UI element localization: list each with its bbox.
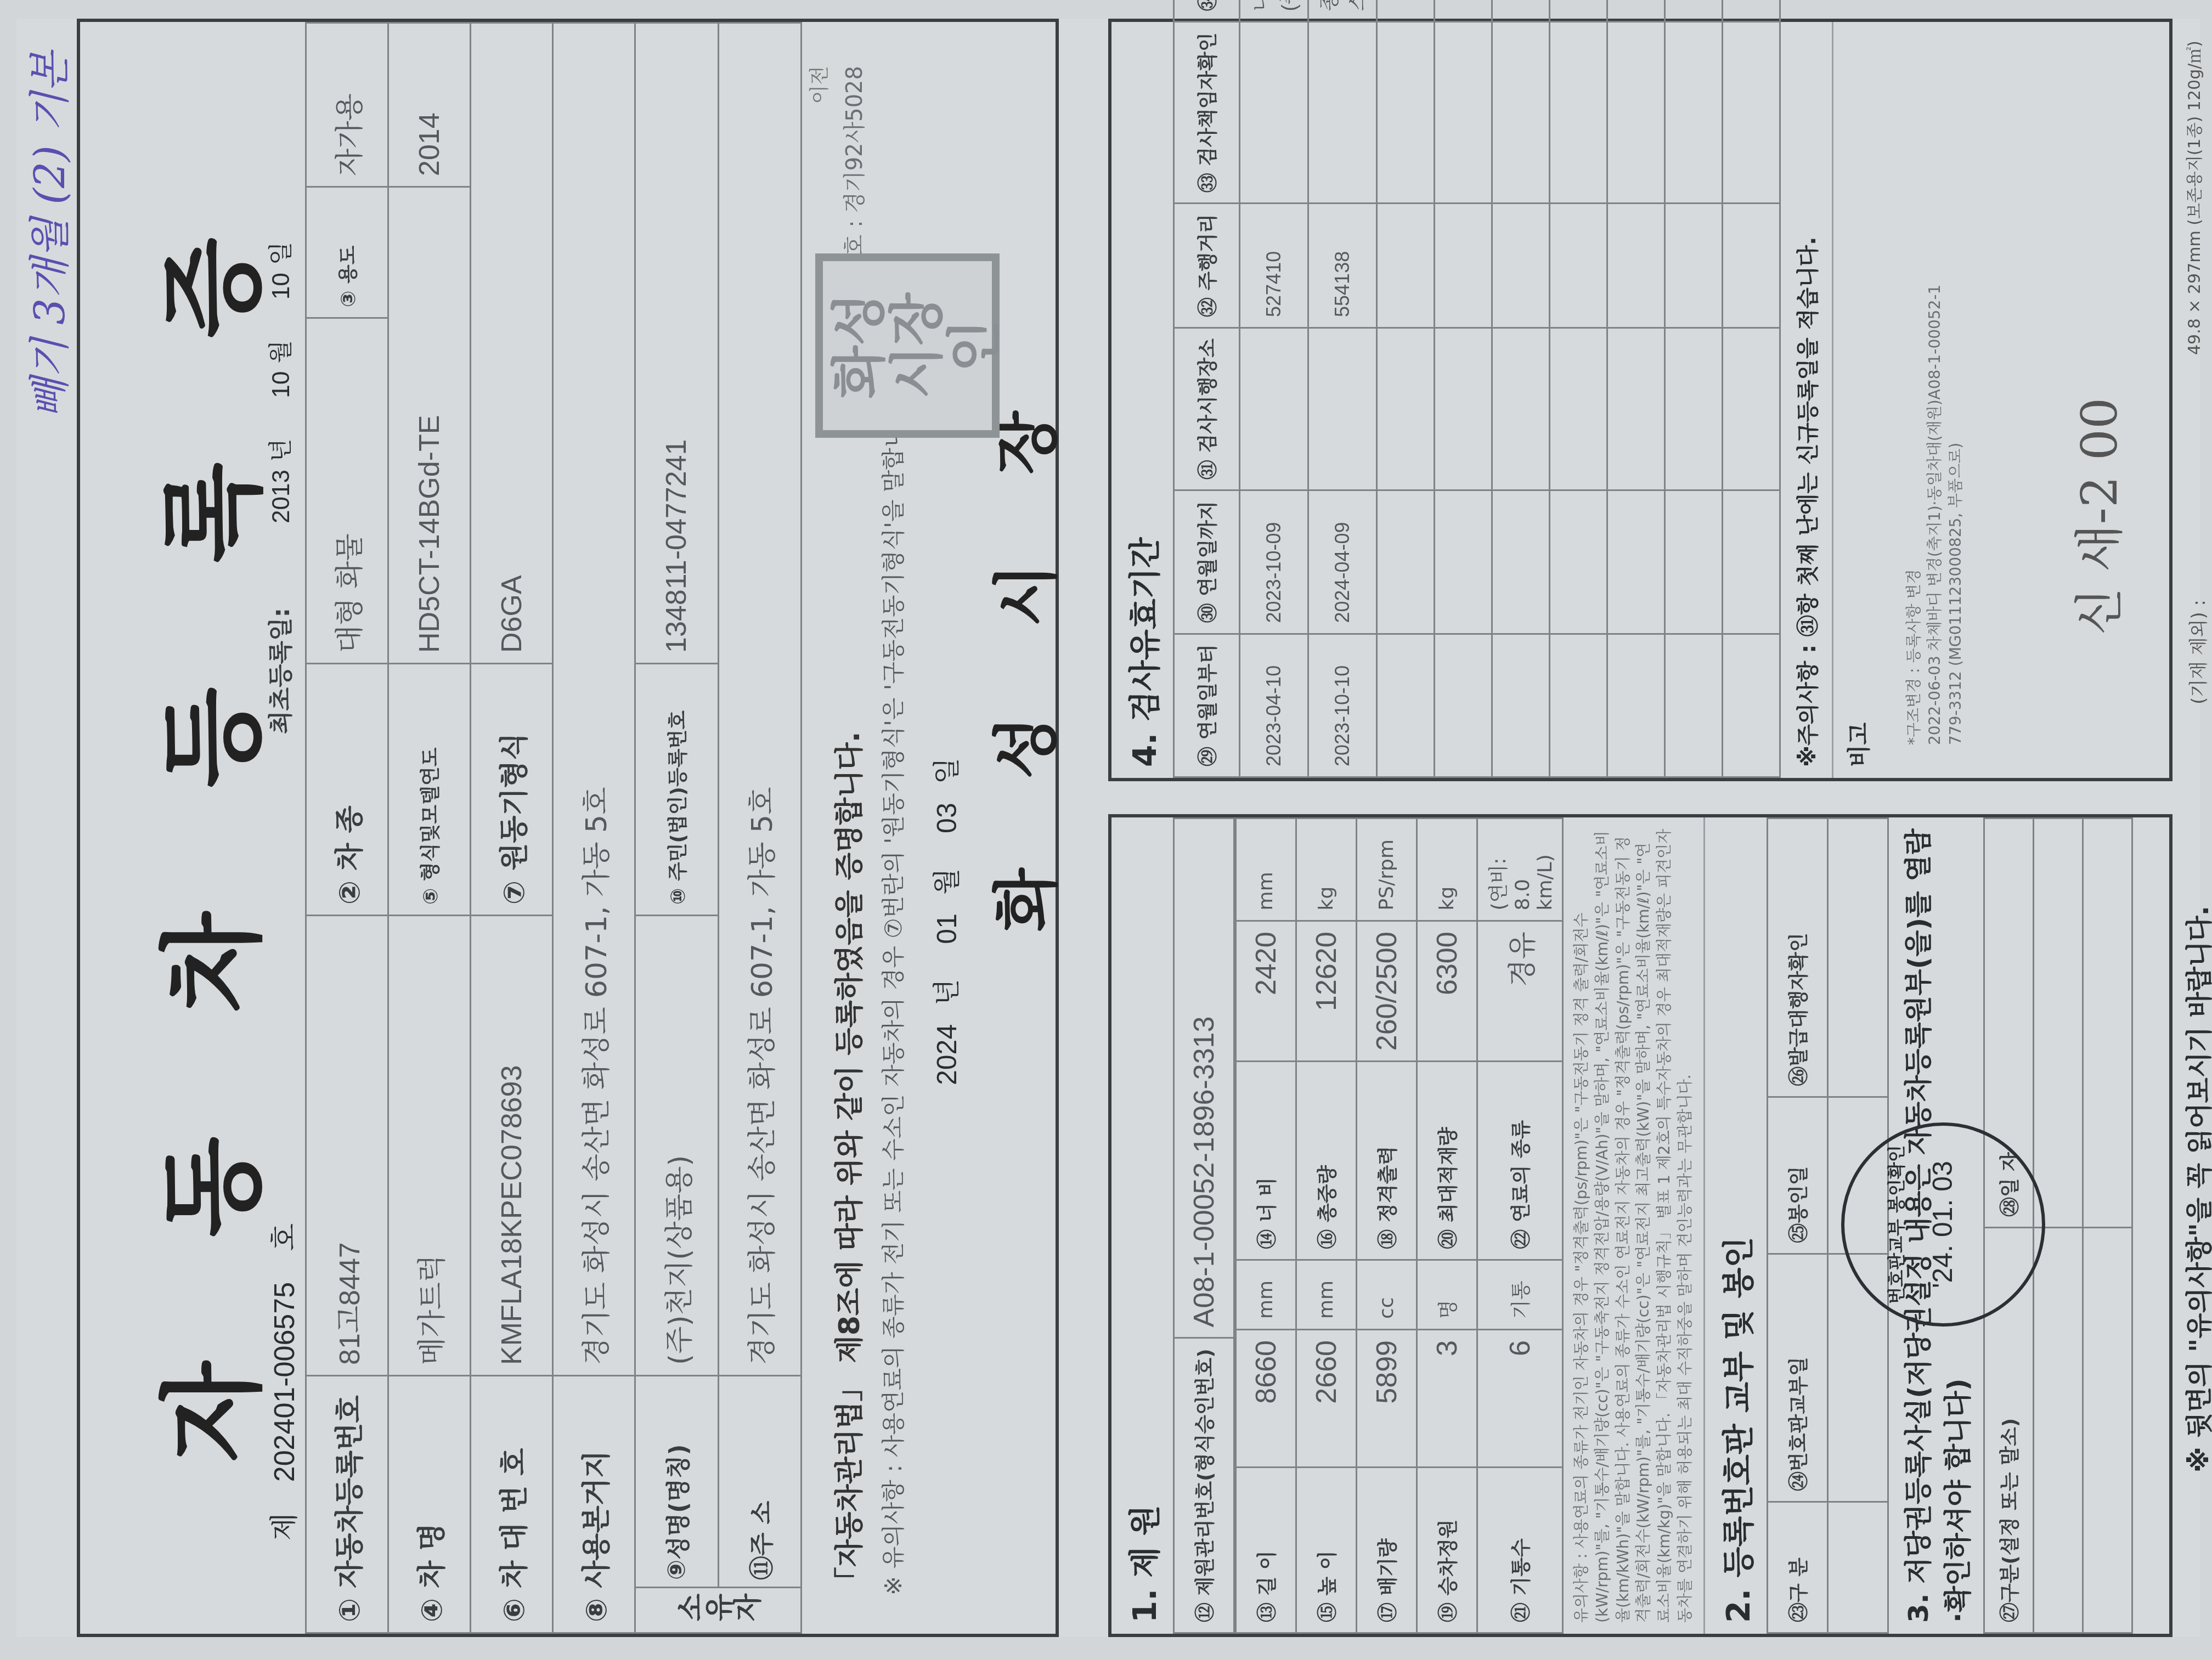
table-row: ⑰ 배기량5899cc⑱ 정격출력260/2500PS/rpm xyxy=(1357,819,1417,1633)
table-row xyxy=(1550,0,1607,777)
inspection-cell-from xyxy=(1607,634,1665,777)
registration-table: ① 자동차등록번호 81고8447 ② 차 종 대형 화물 ③ 용도 자가용 ④… xyxy=(305,22,802,1634)
inspection-cell-place xyxy=(1240,328,1308,490)
inspection-cell-place xyxy=(1308,328,1377,490)
label-vehicle-type: ② 차 종 xyxy=(306,664,388,916)
plate-seal-stamp: 번호판교부 봉인확인 '24. 01. 03 xyxy=(1841,1122,2045,1327)
specs-caution: 유의사항 : 사용연료의 종류가 전기인 자동차의 경우 "정격출력(ps/rp… xyxy=(1564,817,1703,1634)
spec-value: 5899 xyxy=(1357,1330,1417,1468)
inspection-cell-place xyxy=(1435,328,1492,490)
inspection-cell-to xyxy=(1723,490,1780,634)
inspection-cell-from xyxy=(1665,634,1723,777)
label-model-year: ⑤ 형식및모델연도 xyxy=(388,664,471,916)
cert-no-value: 202401-006575 xyxy=(269,1282,301,1482)
table-row: ⑧ 사용본거지 경기도 화성시 송산면 화성로 607-1, 가동 5호 xyxy=(553,23,635,1633)
inspection-cell-confirm xyxy=(1240,22,1308,204)
day-unit: 일 xyxy=(932,758,962,784)
inspection-cell-type xyxy=(1723,0,1780,22)
inspection-cell-to xyxy=(1550,490,1607,634)
inspection-cell-type: 종합(배출가스정밀) xyxy=(1308,0,1377,22)
inspection-cell-confirm xyxy=(1723,22,1780,204)
owner-address: 경기도 화성시 송산면 화성로 607-1, 가동 5호 xyxy=(718,23,802,1376)
issue-date: 2024 년 01 월 03 일 xyxy=(925,758,964,1085)
inspection-heading: 4. 검사유효기간 xyxy=(1111,22,1173,778)
inspection-cell-type xyxy=(1492,0,1550,22)
inspection-cell-type xyxy=(1665,0,1723,22)
specs-heading: 1. 제 원 xyxy=(1111,817,1173,1634)
table-row: ⑬ 길 이8660mm⑭ 너 비2420mm xyxy=(1236,819,1296,1633)
table-row xyxy=(1435,0,1492,777)
col-seal-date: ㉕봉인일 xyxy=(1767,1097,1827,1254)
spec-value: 3 xyxy=(1417,1330,1477,1468)
spec-unit: cc xyxy=(1357,1260,1417,1329)
table-row: ㉑ 기통수6기통㉒ 연료의 종류경유(연비: 8.0 km/L) xyxy=(1477,819,1563,1633)
inspection-cell-type xyxy=(1377,0,1435,22)
inspection-cell-mileage: 554138 xyxy=(1308,204,1377,328)
table-row: 2023-10-102024-04-09554138종합(배출가스정밀) xyxy=(1308,0,1377,777)
first-reg-year: 2013 xyxy=(268,470,295,523)
inspection-column-header: ㉛ 검사시행장소 xyxy=(1174,328,1240,490)
certify-text: 「자동차관리법」 제8조에 따라 위와 같이 등록하였음을 증명합니다. xyxy=(826,731,867,1595)
year-unit: 년 xyxy=(267,438,295,462)
inspection-cell-confirm xyxy=(1607,22,1665,204)
spec-value: 2660 xyxy=(1296,1330,1357,1468)
inspection-cell-to xyxy=(1492,490,1550,634)
label-owner-name: ⑨성명(명칭) xyxy=(636,1376,719,1587)
inspection-column-header: ㉞ 검사구분 xyxy=(1174,0,1240,22)
spec-unit: (연비: 8.0 km/L) xyxy=(1477,819,1563,921)
inspection-cell-from xyxy=(1435,634,1492,777)
table-row: ㉓구 분 ㉔번호판교부일 ㉕봉인일 ㉖발급대행자확인 xyxy=(1767,819,1827,1633)
cert-no-suffix: 호 xyxy=(268,1223,301,1251)
inspection-cell-mileage xyxy=(1665,204,1723,328)
stamp-date: '24. 01. 03 xyxy=(1927,1126,1959,1323)
first-reg-day: 10 xyxy=(268,273,295,300)
vehicle-name: 메가트럭 xyxy=(388,916,471,1376)
registration-number: 81고8447 xyxy=(306,916,388,1376)
spec-value: 6300 xyxy=(1417,921,1477,1062)
label-type-approval: ⑫ 제원관리번호(형식승인번호) xyxy=(1174,1338,1234,1633)
specs-table: ⑫ 제원관리번호(형식승인번호) A08-1-00052-1896-3313 xyxy=(1173,817,1235,1634)
inspection-notice: ※주의사항 : ㉛항 첫째 난에는 신규등록일을 적습니다. xyxy=(1781,22,1832,778)
label-owner: 소유자 xyxy=(636,1587,800,1632)
spec-unit: PS/rpm xyxy=(1357,819,1417,921)
table-row: 2023-04-102023-10-09527410나통새검사(종합) xyxy=(1240,0,1308,777)
prev-reg-note: 이전 xyxy=(804,66,832,104)
spec-label: ㉒ 연료의 종류 xyxy=(1477,1062,1563,1260)
inspection-cell-confirm xyxy=(1308,22,1377,204)
spec-value: 8660 xyxy=(1236,1330,1296,1468)
spec-label: ⑲ 승차정원 xyxy=(1417,1467,1477,1633)
inspection-cell-to: 2024-04-09 xyxy=(1308,490,1377,634)
col-plate-category: ㉓구 분 xyxy=(1767,1502,1827,1633)
spec-unit: mm xyxy=(1236,819,1296,921)
registration-frame: 자 동 차 등 록 증 제 202401-006575 호 최초등록일: 201… xyxy=(77,19,1059,1637)
inspection-cell-confirm xyxy=(1550,22,1607,204)
table-row: ⑫ 제원관리번호(형식승인번호) A08-1-00052-1896-3313 xyxy=(1174,819,1234,1633)
issue-year: 2024 xyxy=(932,1024,962,1085)
footer-notice: ※ 뒷면의 "유의사항"을 꼭 읽어보시기 바랍니다. xyxy=(2178,906,2212,1472)
inspection-cell-to: 2023-10-09 xyxy=(1240,490,1308,634)
page-title: 자 동 차 등 록 증 xyxy=(129,22,279,1634)
model-type: HD5CT-14BGd-TE xyxy=(388,187,471,664)
table-row: ⑮ 높 이2660mm⑯ 총중량12620kg xyxy=(1296,819,1357,1633)
paper-spec: 49.8 × 297mm (보존용지(1종) 120g/㎡) xyxy=(2181,41,2205,355)
inspection-cell-place xyxy=(1665,328,1723,490)
inspection-cell-mileage xyxy=(1435,204,1492,328)
inspection-cell-type xyxy=(1550,0,1607,22)
table-row: 소유자 ⑨성명(명칭) ⑪주 소 (주)천지(상품용) ⑩ 주민(법인)등록번호… xyxy=(635,23,719,1633)
table-row xyxy=(1492,0,1550,777)
inspection-cell-confirm xyxy=(1665,22,1723,204)
spec-unit: kg xyxy=(1417,819,1477,921)
spec-label: ⑰ 배기량 xyxy=(1357,1467,1417,1633)
spec-value: 6 xyxy=(1477,1330,1563,1468)
caution-text: ※ 유의사항 : 사용연료의 종류가 전기 또는 수소인 자동차의 경우 ⑦번란… xyxy=(876,396,909,1595)
registration-certificate-page: 빼기 3개월 (2) 기본 자 동 차 등 록 증 제 202401-00657… xyxy=(0,0,2212,1659)
engine-type: D6GA xyxy=(471,23,553,664)
spec-label: ⑳ 최대적재량 xyxy=(1417,1062,1477,1260)
label-vehicle-name: ④ 차 명 xyxy=(388,1376,471,1633)
table-row: ④ 차 명 메가트럭 ⑤ 형식및모델연도 HD5CT-14BGd-TE 2014 xyxy=(388,23,471,1633)
specs-frame: 1. 제 원 ⑫ 제원관리번호(형식승인번호) A08-1-00052-1896… xyxy=(1108,814,2172,1637)
inspection-column-header: ㉚ 연월일까지 xyxy=(1174,490,1240,634)
spec-label: ⑬ 길 이 xyxy=(1236,1467,1296,1633)
spec-unit: kg xyxy=(1296,819,1357,921)
inspection-cell-to xyxy=(1665,490,1723,634)
day-unit: 일 xyxy=(267,242,295,266)
month-unit: 월 xyxy=(932,868,962,895)
specs-values-table: ⑬ 길 이8660mm⑭ 너 비2420mm⑮ 높 이2660mm⑯ 총중량12… xyxy=(1235,817,1564,1634)
inspection-cell-confirm xyxy=(1377,22,1435,204)
vehicle-type: 대형 화물 xyxy=(306,318,388,664)
spec-label: ⑮ 높 이 xyxy=(1296,1467,1357,1633)
first-registration-label: 최초등록일: xyxy=(267,608,295,734)
inspection-cell-type xyxy=(1607,0,1665,22)
first-reg-month: 10 xyxy=(268,371,295,398)
label-owner-address: ⑪주 소 xyxy=(719,1376,801,1587)
inspection-cell-from xyxy=(1492,634,1550,777)
base-location: 경기도 화성시 송산면 화성로 607-1, 가동 5호 xyxy=(553,23,635,1376)
spec-label: ⑱ 정격출력 xyxy=(1357,1062,1417,1260)
table-row xyxy=(1377,0,1435,777)
type-approval-number: A08-1-00052-1896-3313 xyxy=(1174,819,1234,1338)
year-unit: 년 xyxy=(932,979,962,1006)
stamp-text: 번호판교부 봉인확인 xyxy=(1883,1126,1908,1323)
issuer-name: 화 성 시 장 xyxy=(974,378,1069,932)
inspection-column-header: ㉙ 연월일부터 xyxy=(1174,634,1240,777)
footer-size-note: (기재 제외) : xyxy=(2183,600,2210,704)
spec-value: 12620 xyxy=(1296,921,1357,1062)
inspection-cell-mileage: 527410 xyxy=(1240,204,1308,328)
table-row: ① 자동차등록번호 81고8447 ② 차 종 대형 화물 ③ 용도 자가용 xyxy=(306,23,388,1633)
spec-value: 260/2500 xyxy=(1357,921,1417,1062)
cert-no-prefix: 제 xyxy=(268,1513,301,1541)
spec-label: ⑯ 총중량 xyxy=(1296,1062,1357,1260)
owner-id: 134811-0477241 xyxy=(635,23,719,664)
inspection-cell-to xyxy=(1435,490,1492,634)
col-agent-confirm: ㉖발급대행자확인 xyxy=(1767,819,1827,1097)
inspection-cell-from: 2023-04-10 xyxy=(1240,634,1308,777)
inspection-cell-type: 나통새검사(종합) xyxy=(1240,0,1308,22)
inspection-column-header: ㉝ 검사책임자확인 xyxy=(1174,22,1240,204)
label-vin: ⑥ 차 대 번 호 xyxy=(471,1376,553,1633)
label-registration-number: ① 자동차등록번호 xyxy=(306,1376,388,1633)
first-registration-date: 최초등록일: 2013 년 10 월 10 일 xyxy=(261,242,296,734)
issue-day: 03 xyxy=(932,803,962,833)
inspection-cell-place xyxy=(1377,328,1435,490)
inspection-cell-type xyxy=(1435,0,1492,22)
month-unit: 월 xyxy=(267,340,295,364)
vin: KMFLA18KPEC078693 xyxy=(471,916,553,1376)
inspection-cell-confirm xyxy=(1435,22,1492,204)
label-base-location: ⑧ 사용본거지 xyxy=(553,1376,635,1633)
table-row xyxy=(1665,0,1723,777)
model-year: 2014 xyxy=(388,23,471,187)
inspection-cell-place xyxy=(1550,328,1607,490)
spec-unit: mm xyxy=(1236,1260,1296,1329)
remarks-label: 비고 xyxy=(1833,22,1882,778)
inspection-cell-from: 2023-10-10 xyxy=(1308,634,1377,777)
spec-value: 2420 xyxy=(1236,921,1296,1062)
inspection-cell-to xyxy=(1607,490,1665,634)
spec-unit: mm xyxy=(1296,1260,1357,1329)
label-owner-id: ⑩ 주민(법인)등록번호 xyxy=(635,664,719,916)
inspection-cell-mileage xyxy=(1607,204,1665,328)
inspection-cell-mileage xyxy=(1377,204,1435,328)
inspection-cell-to xyxy=(1377,490,1435,634)
inspection-cell-mileage xyxy=(1492,204,1550,328)
table-row xyxy=(1607,0,1665,777)
inspection-cell-mileage xyxy=(1723,204,1780,328)
spec-label: ⑭ 너 비 xyxy=(1236,1062,1296,1260)
table-row xyxy=(1723,0,1780,777)
spec-value: 경유 xyxy=(1477,921,1563,1062)
handwritten-note: 빼기 3개월 (2) 기본 xyxy=(16,52,76,419)
col-plate-issue-date: ㉔번호판교부일 xyxy=(1767,1254,1827,1502)
inspection-cell-mileage xyxy=(1550,204,1607,328)
handwritten-inspection-note: 신 새-2 00 xyxy=(2059,398,2131,635)
plates-heading: 2. 등록번호판 교부 및 봉인 xyxy=(1705,817,1767,1634)
inspection-frame: 4. 검사유효기간 ㉙ 연월일부터㉚ 연월일까지㉛ 검사시행장소㉜ 주행거리㉝ … xyxy=(1108,19,2172,781)
inspection-cell-place xyxy=(1723,328,1780,490)
remarks-text: *구조변경 : 등록사항 변경 2022-06-03 차체바디 변경(축지1)·… xyxy=(1882,22,1988,778)
inspection-cell-from xyxy=(1550,634,1607,777)
usage: 자가용 xyxy=(306,23,388,187)
spec-label: ㉑ 기통수 xyxy=(1477,1467,1563,1633)
certificate-number: 제 202401-006575 호 xyxy=(261,1223,302,1541)
label-engine-type: ⑦ 원동기형식 xyxy=(471,664,553,916)
spec-unit: 기통 xyxy=(1477,1260,1563,1329)
inspection-header-row: ㉙ 연월일부터㉚ 연월일까지㉛ 검사시행장소㉜ 주행거리㉝ 검사책임자확인㉞ 검… xyxy=(1174,0,1240,777)
spec-unit: 명 xyxy=(1417,1260,1477,1329)
inspection-cell-confirm xyxy=(1492,22,1550,204)
inspection-table: ㉙ 연월일부터㉚ 연월일까지㉛ 검사시행장소㉜ 주행거리㉝ 검사책임자확인㉞ 검… xyxy=(1173,0,1781,778)
label-usage: ③ 용도 xyxy=(306,187,388,318)
inspection-cell-place xyxy=(1492,328,1550,490)
issue-month: 01 xyxy=(932,913,962,944)
owner-name: (주)천지(상품용) xyxy=(635,916,719,1376)
inspection-cell-from xyxy=(1377,634,1435,777)
inspection-cell-from xyxy=(1723,634,1780,777)
inspection-cell-place xyxy=(1607,328,1665,490)
official-seal: 화성시장인 xyxy=(815,253,1000,438)
owner-block: 소유자 ⑨성명(명칭) ⑪주 소 xyxy=(635,1376,802,1633)
inspection-column-header: ㉜ 주행거리 xyxy=(1174,204,1240,328)
table-row: ⑥ 차 대 번 호 KMFLA18KPEC078693 ⑦ 원동기형식 D6GA xyxy=(471,23,553,1633)
table-row: ⑲ 승차정원3명⑳ 최대적재량6300kg xyxy=(1417,819,1477,1633)
